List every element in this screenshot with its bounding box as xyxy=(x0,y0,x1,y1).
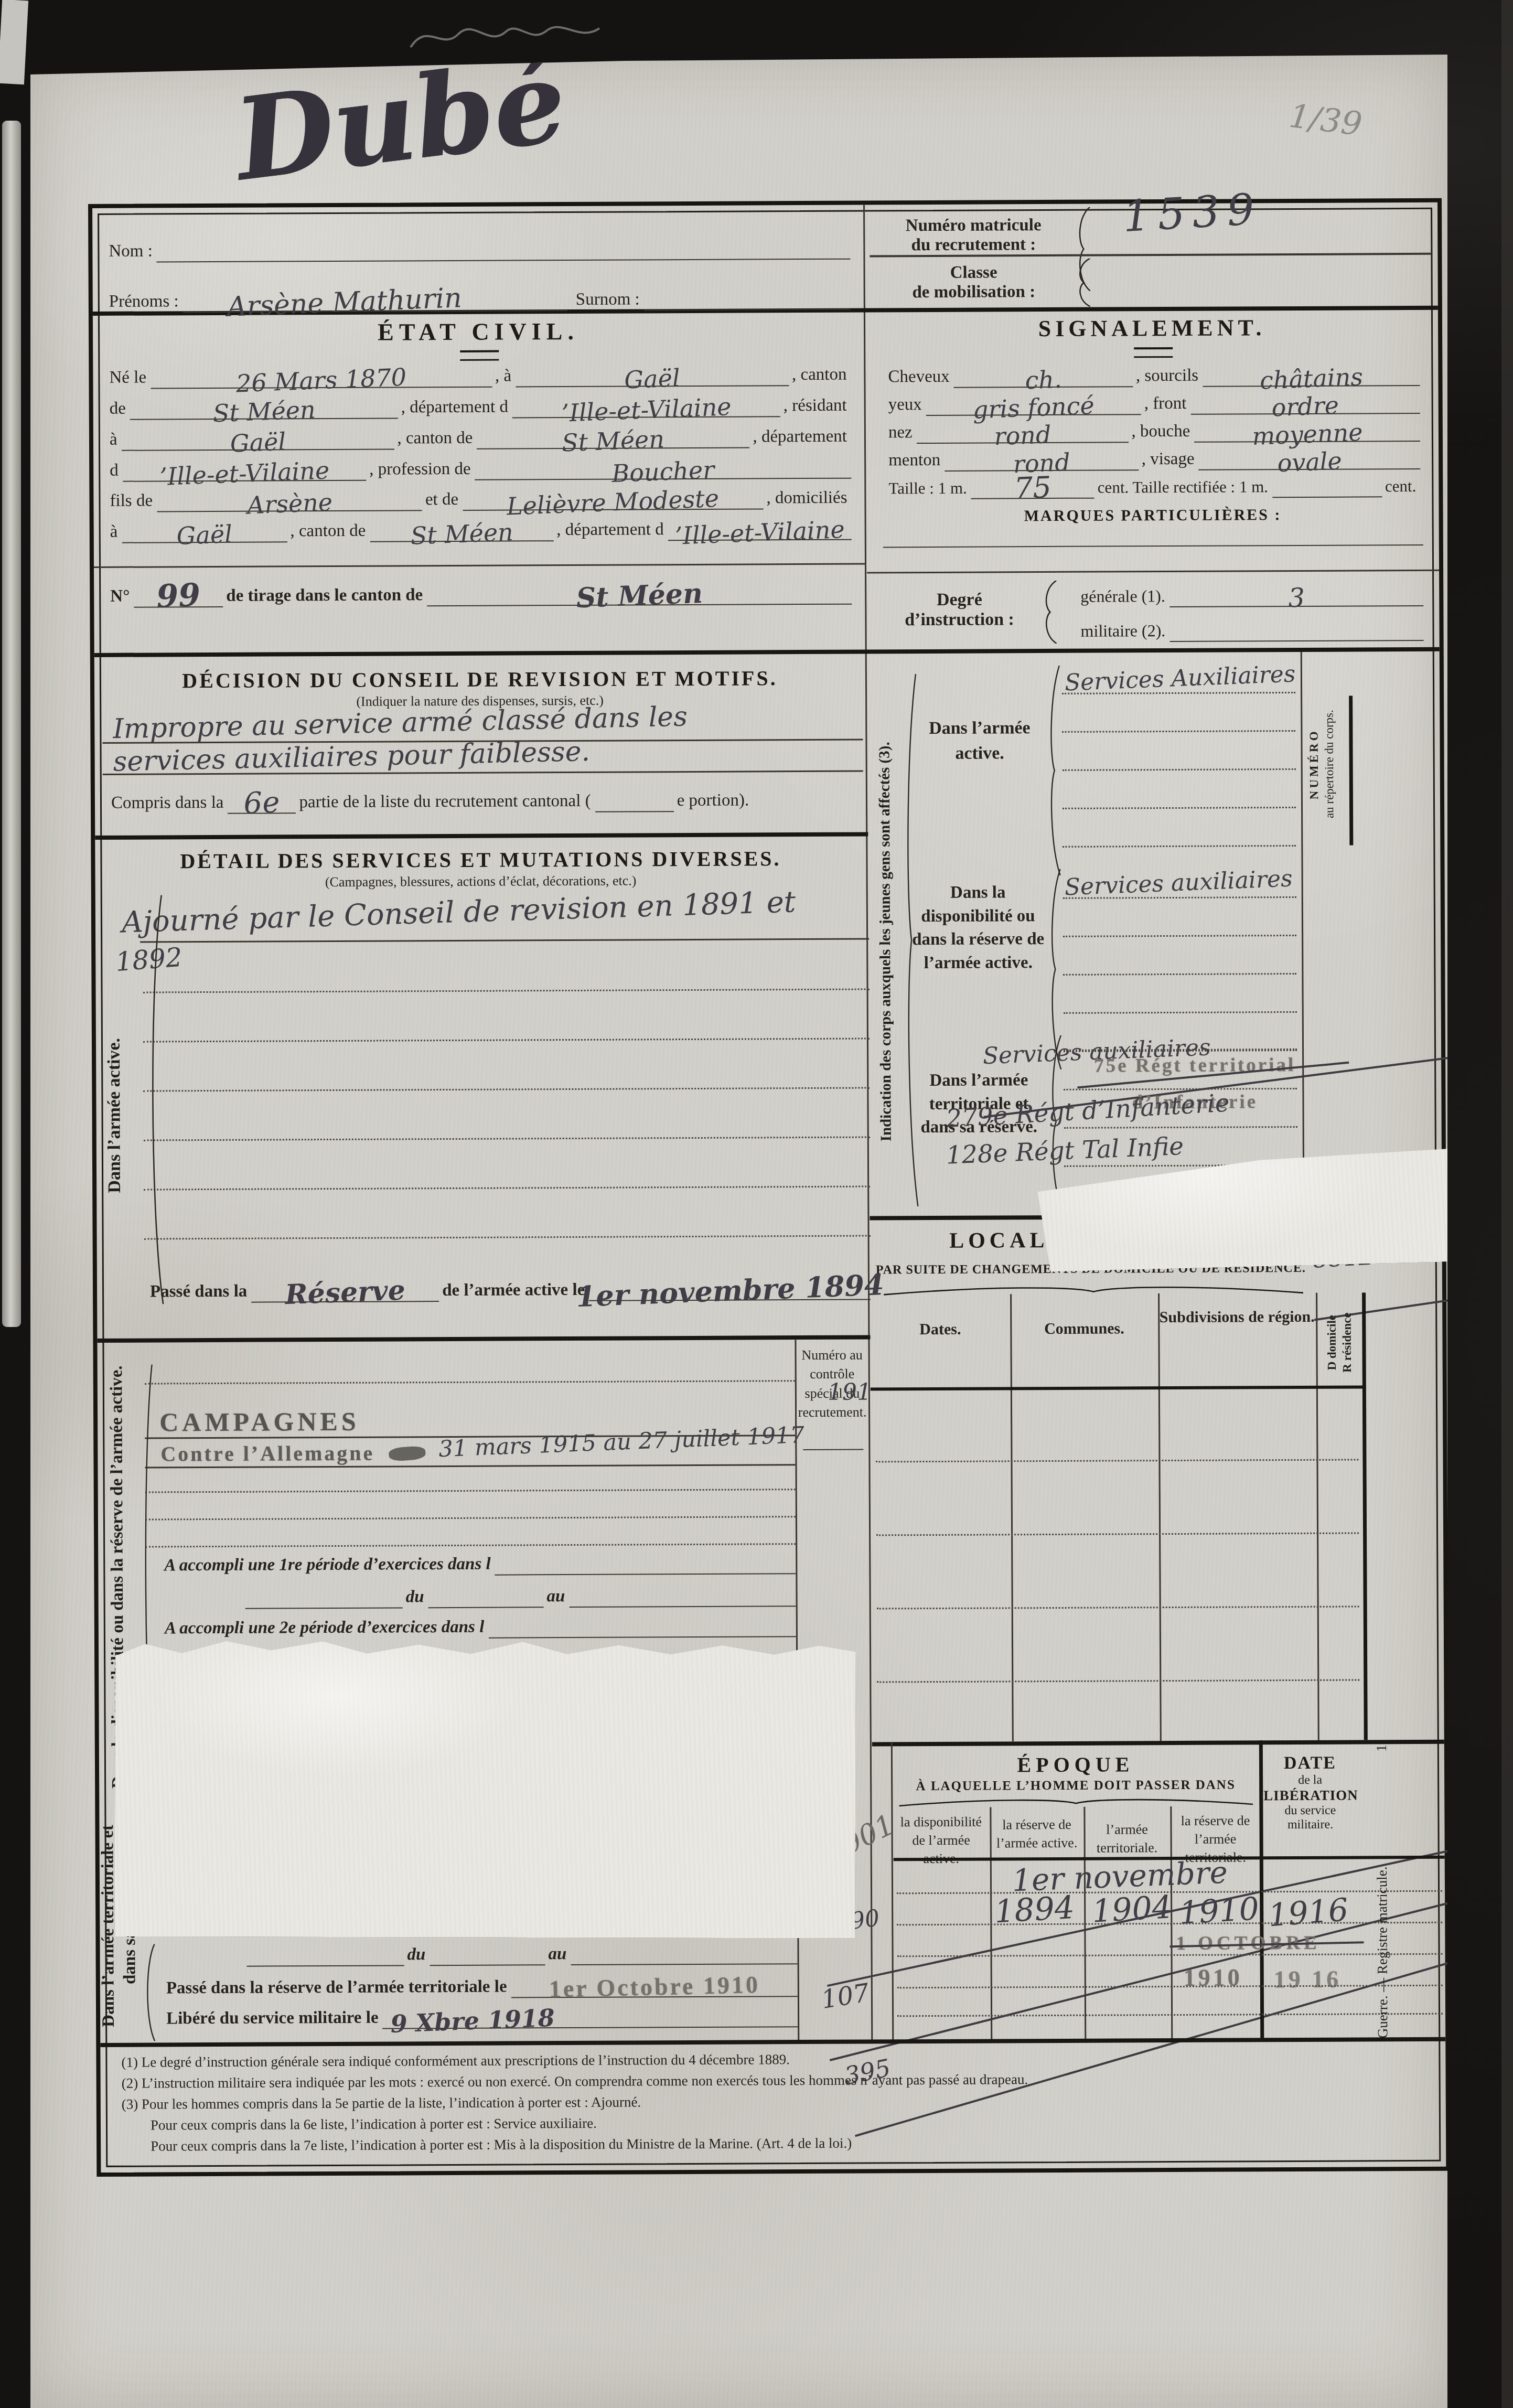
detail-rule-5 xyxy=(144,1186,870,1191)
line xyxy=(1272,470,1382,498)
label: à xyxy=(106,430,122,451)
localites-row-line xyxy=(876,1532,1359,1536)
label: Cheveux xyxy=(885,367,953,389)
line: ch. xyxy=(954,360,1133,388)
line: ’Ille-et-Vilaine xyxy=(512,390,780,418)
side-page-number: 1 xyxy=(1373,1745,1391,1752)
detail-line-1: Ajourné par le Conseil de revision en 18… xyxy=(121,887,796,937)
label: Né le xyxy=(106,368,151,389)
corps-caption: Indication des corps auxquels les jeunes… xyxy=(870,677,901,1206)
epoque-stamp-1910: 1910 xyxy=(1184,1963,1242,1991)
paper-slip-bottom-left xyxy=(114,1635,856,1939)
line: rond xyxy=(917,415,1129,444)
nom-row: Nom : xyxy=(105,232,850,263)
line: Gaël xyxy=(121,422,394,451)
line xyxy=(569,1581,796,1608)
signalement-row-3: nez rond , bouche moyenne xyxy=(885,414,1420,444)
value: 1er novembre 1894 xyxy=(575,1270,884,1311)
label: de tirage dans le canton de xyxy=(223,585,427,607)
value: ’Ille-et-Vilaine xyxy=(674,517,845,548)
label: du xyxy=(403,1587,428,1608)
passe-reserve-row: Passé dans la Réserve de l’armée active … xyxy=(147,1269,871,1303)
register-page: 1/39 Dubé Nom : Prénoms : Arsène Mathuri… xyxy=(30,55,1447,2408)
label: , canton de xyxy=(394,429,477,450)
footnote-3: (3) Pour les hommes compris dans la 5e p… xyxy=(122,2091,1401,2113)
corps-active-label: Dans l’armée active. xyxy=(915,715,1044,766)
label: , canton de xyxy=(287,521,370,543)
matricule-label: Numéro matricule du recrutement : xyxy=(879,216,1068,255)
line: St Méen xyxy=(130,391,398,420)
label: générale (1). xyxy=(1077,586,1169,608)
etat-civil-line-4: d ’Ille-et-Vilaine , profession de Bouch… xyxy=(106,452,851,482)
value: Boucher xyxy=(611,457,715,486)
line: St Méen xyxy=(370,514,553,542)
localites-col-dates: Dates. xyxy=(870,1320,1010,1339)
line: 1er novembre 1894 xyxy=(589,1269,871,1301)
section-rule-2 xyxy=(95,832,868,840)
value: St Méen xyxy=(410,520,513,548)
decision-title: DÉCISION DU CONSEIL DE REVISION ET MOTIF… xyxy=(94,666,865,693)
label: , profession de xyxy=(366,459,475,481)
corps-active-brace xyxy=(1046,666,1063,875)
etat-civil-line-3: à Gaël , canton de St Méen , département xyxy=(106,421,851,451)
corner-page-note: 1/39 xyxy=(1287,97,1364,143)
prenoms-value: Arsène Mathurin xyxy=(227,284,462,321)
label: du xyxy=(404,1945,430,1966)
value: St Méen xyxy=(212,398,316,426)
degre-label: Degré d’instruction : xyxy=(881,590,1038,630)
line: gris foncé xyxy=(926,388,1141,416)
label: N° xyxy=(107,587,134,608)
surnom-row: Surnom : xyxy=(573,283,851,311)
label: Passé dans la xyxy=(147,1282,251,1303)
epoque-hw-month: 1er novembre xyxy=(1012,1857,1228,1896)
label: cent. xyxy=(1382,477,1421,497)
label: de xyxy=(106,399,130,420)
value: Réserve xyxy=(285,1277,406,1309)
label: partie de la liste du recrutement canton… xyxy=(296,791,595,814)
value: Gaël xyxy=(230,430,286,456)
line xyxy=(430,1940,545,1966)
tirage-top-rule xyxy=(94,563,865,568)
degre-generale-row: générale (1). 3 xyxy=(1077,581,1423,608)
corps-dispo-label: Dans la disponibilité ou dans la réserve… xyxy=(909,881,1047,975)
epoque-year-1904: 1904 xyxy=(1091,1891,1173,1928)
line: ovale xyxy=(1198,442,1420,470)
classe-brace xyxy=(1074,259,1092,307)
label: , canton xyxy=(789,365,851,387)
footnote-2: (2) L’instruction militaire sera indiqué… xyxy=(122,2070,1412,2092)
localites-row-line xyxy=(876,1459,1358,1462)
label: cent. Taille rectifiée : 1 m. xyxy=(1094,477,1272,498)
marques-line xyxy=(883,544,1423,548)
value: 75 xyxy=(1014,473,1052,504)
etat-civil-line-5: fils de Arsène et de Lelièvre Modeste , … xyxy=(106,482,851,512)
campagnes-stamp: CAMPAGNES xyxy=(159,1406,360,1438)
etat-civil-line-6: à Gaël , canton de St Méen , département… xyxy=(107,513,852,543)
libere-row: Libéré du service militaire le 9 Xbre 19… xyxy=(163,1999,798,2030)
register-side-caption: Guerre. — Registre matricule. 1 xyxy=(1366,1745,1399,2038)
epoque-title: ÉPOQUE xyxy=(891,1751,1260,1778)
line: 9 Xbre 1918 xyxy=(382,2000,608,2029)
detail-title: DÉTAIL DES SERVICES ET MUTATIONS DIVERSE… xyxy=(95,846,866,874)
label: de l’armée active le xyxy=(439,1280,589,1302)
localites-row-line xyxy=(877,1679,1359,1683)
territoriale-brace xyxy=(141,1944,157,2041)
line: Gaël xyxy=(516,359,789,387)
corps-dispo-value: Services auxiliaires xyxy=(1064,867,1293,899)
label: , à xyxy=(492,366,516,387)
signalement-flourish xyxy=(1134,347,1173,358)
label: menton xyxy=(885,451,945,472)
line: 3 xyxy=(1169,581,1424,607)
detail-rule-1 xyxy=(143,989,870,993)
surname-signature: Dubé xyxy=(229,44,571,196)
localites-div-2 xyxy=(1158,1293,1162,1741)
line xyxy=(488,1612,796,1639)
corps-line xyxy=(1063,896,1296,899)
section-rule-4 xyxy=(100,2037,1445,2047)
line: moyenne xyxy=(1194,414,1420,443)
value: 3 xyxy=(1287,584,1305,611)
localites-header-rule xyxy=(871,1385,1366,1390)
campagnes-entry-dates: 31 mars 1915 au 27 juillet 1917 xyxy=(438,1424,805,1461)
top-margin-scribble xyxy=(406,15,606,62)
line: ’Ille-et-Vilaine xyxy=(668,513,852,541)
footnote-3c: Pour ceux compris dans la 7e liste, l’in… xyxy=(151,2133,1399,2154)
detail-rule-top xyxy=(140,938,869,943)
label: Compris dans la xyxy=(108,793,228,815)
periode-2-row: A accompli une 2e période d’exercices da… xyxy=(162,1612,796,1640)
label: , département xyxy=(749,427,851,448)
vertical-label-armee-active: Dans l’armée active. xyxy=(96,958,133,1273)
localites-row-line xyxy=(877,1606,1359,1609)
label: , sourcils xyxy=(1133,366,1203,388)
footnote-3b: Pour ceux compris dans la 6e liste, l’in… xyxy=(151,2112,1399,2133)
scanned-register-photo: 1/39 Dubé Nom : Prénoms : Arsène Mathuri… xyxy=(0,0,1513,2408)
nom-line xyxy=(157,232,851,263)
surnom-label: Surnom : xyxy=(573,290,644,311)
book-edge-strip xyxy=(2,121,21,1327)
label: , résidant xyxy=(780,396,851,418)
line: 1er Octobre 1910 xyxy=(511,1968,798,1998)
label: au xyxy=(543,1587,569,1608)
epoque-flourish xyxy=(899,1795,1253,1807)
photo-right-edge xyxy=(1501,0,1513,2408)
controle-value: 191 xyxy=(828,1381,872,1404)
value: St Méen xyxy=(576,580,703,612)
struck-word-smudge xyxy=(389,1446,426,1462)
corps-line xyxy=(1063,845,1296,848)
label: d xyxy=(106,461,123,482)
line xyxy=(428,1582,543,1608)
signalement-row-2: yeux gris foncé , front ordre xyxy=(885,387,1420,416)
corps-line xyxy=(1063,768,1296,771)
signalement-row-4: menton rond , visage ovale xyxy=(885,442,1420,472)
etat-civil-flourish xyxy=(460,350,499,361)
prenoms-label: Prénoms : xyxy=(106,292,183,313)
epoque-col-2: la réserve de l’armée active. xyxy=(991,1815,1082,1853)
etat-civil-line-2: de St Méen , département d ’Ille-et-Vila… xyxy=(106,390,851,420)
line: 26 Mars 1870 xyxy=(151,360,492,389)
localites-div-1 xyxy=(1010,1294,1014,1741)
controle-caption-rule xyxy=(803,1449,863,1451)
line: Gaël xyxy=(122,515,287,543)
label: , front xyxy=(1141,394,1191,415)
value: St Méen xyxy=(562,427,665,455)
line: Boucher xyxy=(475,452,851,480)
localites-flourish xyxy=(884,1282,1303,1297)
line: St Méen xyxy=(427,572,852,607)
classe-label: Classe de mobilisation : xyxy=(879,263,1068,303)
armee-active-brace xyxy=(146,895,166,1304)
epoque-year-1894: 1894 xyxy=(994,1892,1076,1928)
tirage-row: N° 99 de tirage dans le canton de St Mée… xyxy=(107,572,852,608)
surnom-line xyxy=(644,283,851,311)
line: Arsène xyxy=(157,484,422,512)
corps-line xyxy=(1063,973,1296,976)
book-corner-paper xyxy=(0,0,28,84)
line xyxy=(245,1583,402,1609)
line: 75 xyxy=(971,472,1094,499)
localites-div-4 xyxy=(1362,1292,1368,1740)
detail-rule-3 xyxy=(143,1087,870,1092)
line: ’Ille-et-Vilaine xyxy=(123,454,367,482)
campagnes-line-3 xyxy=(145,1543,796,1547)
label: , visage xyxy=(1139,450,1199,471)
corps-line xyxy=(1064,1126,1297,1129)
localites-col-dr: D domicile R résidence xyxy=(1317,1296,1362,1388)
line: 99 xyxy=(134,575,223,608)
value: Gaël xyxy=(624,366,681,392)
epoque-col-3: l’armée territoriale. xyxy=(1085,1820,1169,1857)
campagnes-entry-stamp: Contre l’Allemagne xyxy=(160,1441,374,1467)
detail-rule-6 xyxy=(144,1235,871,1240)
matricule-value: 1539 xyxy=(1122,188,1263,239)
line xyxy=(608,1999,798,2028)
line: rond xyxy=(945,443,1139,472)
du-au-row-1: du au xyxy=(245,1581,796,1609)
numero-col-thick xyxy=(1349,695,1353,845)
localites-col-communes: Communes. xyxy=(1010,1320,1158,1338)
degre-militaire-row: militaire (2). xyxy=(1077,616,1423,643)
line xyxy=(246,1941,404,1966)
line: St Méen xyxy=(477,421,749,450)
numero-repertoire-caption: NUMÉRO au répertoire du corps. xyxy=(1305,678,1339,851)
value: 6e xyxy=(243,788,281,819)
detail-rule-4 xyxy=(144,1137,870,1141)
label: , département d xyxy=(398,397,513,419)
campagnes-top-line xyxy=(145,1380,795,1384)
line: Réserve xyxy=(251,1270,439,1303)
section-rule-1 xyxy=(94,647,1440,657)
value: Gaël xyxy=(176,522,233,548)
line: Lelièvre Modeste xyxy=(463,482,764,511)
corps-line xyxy=(1064,1011,1297,1014)
label: Passé dans la réserve de l’armée territo… xyxy=(163,1977,511,2000)
line xyxy=(571,1939,797,1965)
label: , domiciliés xyxy=(763,488,851,510)
signalement-row-1: Cheveux ch. , sourcils châtains xyxy=(885,359,1420,388)
line xyxy=(595,783,673,812)
marques-label: MARQUES PARTICULIÈRES : xyxy=(867,506,1439,526)
epoque-stamp-1916: 19 16 xyxy=(1274,1965,1342,1994)
corps-active-value: Services Auxiliaires xyxy=(1064,662,1296,694)
corps-line xyxy=(1063,935,1296,937)
du-au-row-2: du au xyxy=(246,1939,797,1967)
line: châtains xyxy=(1203,359,1420,387)
etat-civil-title: ÉTAT CIVIL. xyxy=(93,316,864,347)
line xyxy=(1169,616,1423,642)
numero-col-divider xyxy=(1301,652,1305,1216)
label: A accompli une 2e période d’exercices da… xyxy=(162,1618,489,1640)
label: , département d xyxy=(553,520,668,541)
corps-line xyxy=(1062,692,1295,694)
corps-line-128: 128e Régt Tal Infie xyxy=(946,1134,1184,1168)
epoque-subtitle: À LAQUELLE L’HOMME DOIT PASSER DANS xyxy=(891,1778,1260,1794)
label: fils de xyxy=(106,491,157,512)
label: au xyxy=(545,1944,571,1965)
label: nez xyxy=(885,423,917,444)
label: et de xyxy=(422,490,463,511)
prenoms-line: Arsène Mathurin xyxy=(183,284,567,313)
value: Arsène xyxy=(246,490,333,517)
signalement-row-5: Taille : 1 m. 75 cent. Taille rectifiée … xyxy=(885,470,1420,499)
epoque-date-col: DATE de la LIBÉRATION du service militai… xyxy=(1263,1753,1357,1832)
corps-terr-stamp-line-1: 75e Régt territorial xyxy=(1082,1054,1307,1077)
detail-rule-2 xyxy=(143,1038,870,1043)
line xyxy=(495,1549,796,1576)
prenoms-row: Prénoms : Arsène Mathurin xyxy=(106,284,567,313)
corps-line xyxy=(1063,807,1296,809)
etat-civil-line-1: Né le 26 Mars 1870 , à Gaël , canton xyxy=(106,359,851,389)
libere-value: 9 Xbre 1918 xyxy=(390,2006,555,2036)
label: Libéré du service militaire le xyxy=(163,2008,383,2030)
periode-1-row: A accompli une 1re période d’exercices d… xyxy=(161,1549,796,1577)
signalement-bottom-rule xyxy=(867,570,1439,574)
nom-label: Nom : xyxy=(105,241,157,262)
corps-line xyxy=(1064,1088,1297,1090)
footnote-1: (1) Le degré d’instruction générale sera… xyxy=(121,2049,1401,2071)
line: 6e xyxy=(228,784,296,814)
degre-brace xyxy=(1040,581,1059,644)
epoque-year-1916: 1916 xyxy=(1267,1894,1349,1931)
label: militaire (2). xyxy=(1077,621,1169,643)
side-caption-text: Guerre. — Registre matricule. xyxy=(1373,1867,1392,2039)
value: 99 xyxy=(156,580,201,613)
signalement-title: SIGNALEMENT. xyxy=(866,314,1438,343)
compris-row: Compris dans la 6e partie de la liste du… xyxy=(108,782,863,815)
label: Taille : 1 m. xyxy=(885,479,971,500)
decision-line-2: services auxiliaires pour faiblesse. xyxy=(113,738,590,776)
epoque-top-rule xyxy=(872,1740,1444,1747)
campagnes-line-2 xyxy=(145,1516,796,1520)
section-rule-3 xyxy=(97,1335,870,1343)
label: yeux xyxy=(885,395,926,416)
campagnes-line-1 xyxy=(145,1489,796,1493)
localites-col-subdiv: Subdivisions de région. xyxy=(1158,1307,1316,1329)
label: , bouche xyxy=(1128,422,1194,443)
passe-territoriale-row: Passé dans la réserve de l’armée territo… xyxy=(163,1968,798,1999)
label: A accompli une 1re période d’exercices d… xyxy=(161,1555,495,1577)
label: à xyxy=(107,522,122,543)
corps-line xyxy=(1062,730,1295,733)
passe-territoriale-stamp: 1er Octobre 1910 xyxy=(549,1971,760,2003)
label: e portion). xyxy=(674,790,754,812)
form-frame: Nom : Prénoms : Arsène Mathurin Surnom :… xyxy=(88,198,1450,2177)
line: ordre xyxy=(1190,387,1420,415)
